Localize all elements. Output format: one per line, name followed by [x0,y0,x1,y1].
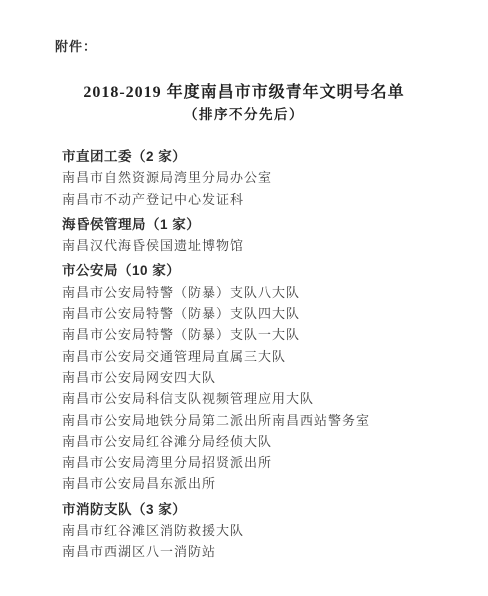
section-public-security-bureau: 市公安局（10 家） 南昌市公安局特警（防暴）支队八大队 南昌市公安局特警（防暴… [62,260,472,494]
list-item: 南昌市西湖区八一消防站 [62,541,472,562]
attachment-label: 附件： [55,36,97,55]
section-heading: 市消防支队（3 家） [62,499,472,520]
list-item: 南昌市公安局网安四大队 [62,367,472,388]
section-fire-brigade: 市消防支队（3 家） 南昌市红谷滩区消防救援大队 南昌市西湖区八一消防站 [62,499,472,563]
list-item: 南昌市自然资源局湾里分局办公室 [62,167,472,188]
list-item: 南昌市公安局交通管理局直属三大队 [62,346,472,367]
section-municipal-youth-league: 市直团工委（2 家） 南昌市自然资源局湾里分局办公室 南昌市不动产登记中心发证科 [62,146,472,210]
list-item: 南昌市公安局湾里分局招贤派出所 [62,452,472,473]
list-item: 南昌市红谷滩区消防救援大队 [62,520,472,541]
list-item: 南昌市公安局科信支队视频管理应用大队 [62,388,472,409]
section-haihunhou-admin: 海昏侯管理局（1 家） 南昌汉代海昏侯国遗址博物馆 [62,214,472,257]
document-subtitle: （排序不分先后） [0,103,488,123]
list-item: 南昌市公安局红谷滩分局经侦大队 [62,431,472,452]
list-item: 南昌市公安局特警（防暴）支队八大队 [62,282,472,303]
section-heading: 市公安局（10 家） [62,260,472,281]
document-page: 附件： 2018-2019 年度南昌市市级青年文明号名单 （排序不分先后） 市直… [0,0,488,596]
section-heading: 市直团工委（2 家） [62,146,472,167]
award-list: 市直团工委（2 家） 南昌市自然资源局湾里分局办公室 南昌市不动产登记中心发证科… [62,146,472,563]
list-item: 南昌市公安局地铁分局第二派出所南昌西站警务室 [62,410,472,431]
list-item: 南昌市公安局昌东派出所 [62,473,472,494]
document-title: 2018-2019 年度南昌市市级青年文明号名单 [0,79,488,102]
list-item: 南昌市不动产登记中心发证科 [62,189,472,210]
list-item: 南昌市公安局特警（防暴）支队四大队 [62,303,472,324]
section-heading: 海昏侯管理局（1 家） [62,214,472,235]
list-item: 南昌市公安局特警（防暴）支队一大队 [62,324,472,345]
list-item: 南昌汉代海昏侯国遗址博物馆 [62,235,472,256]
